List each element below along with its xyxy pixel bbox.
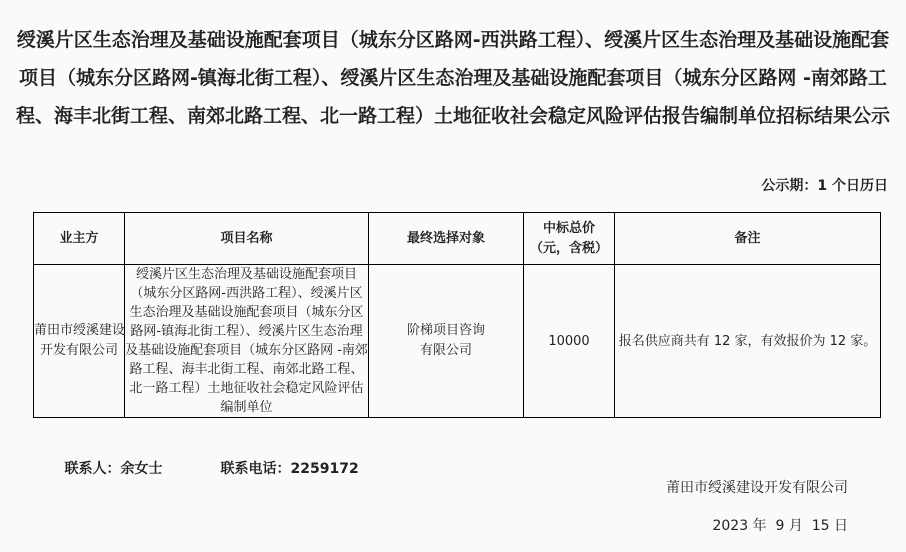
bid-result-table: 业主方 项目名称 最终选择对象 中标总价 （元，含税） 备注 莆田市绶溪建设 开…: [33, 212, 881, 418]
contact-line: 联系人：余女士联系电话：2259172: [45, 442, 359, 494]
notice-period-text: 公示期：1 个日历日: [761, 175, 888, 195]
column-header-price: 中标总价 （元，含税）: [524, 213, 615, 265]
column-header-project: 项目名称: [125, 213, 369, 265]
announcement-page: 绶溪片区生态治理及基础设施配套项目（城东分区路网-西洪路工程）、绶溪片区生态治理…: [0, 0, 906, 552]
table-header-row: 业主方 项目名称 最终选择对象 中标总价 （元，含税） 备注: [34, 213, 881, 265]
winner-cell: 阶梯项目咨询 有限公司: [369, 265, 524, 418]
remark-cell: 报名供应商共有 12 家，有效报价为 12 家。: [615, 265, 881, 418]
table-row: 莆田市绶溪建设 开发有限公司 绶溪片区生态治理及基础设施配套项目（城东分区路网-…: [34, 265, 881, 418]
contact-person: 联系人：余女士: [65, 461, 163, 477]
signature-company: 莆田市绶溪建设开发有限公司: [666, 477, 848, 497]
signature-date: 2023 年 9 月 15 日: [712, 515, 848, 535]
owner-cell: 莆田市绶溪建设 开发有限公司: [34, 265, 125, 418]
column-header-winner: 最终选择对象: [369, 213, 524, 265]
column-header-remark: 备注: [615, 213, 881, 265]
price-cell: 10000: [524, 265, 615, 418]
page-title: 绶溪片区生态治理及基础设施配套项目（城东分区路网-西洪路工程）、绶溪片区生态治理…: [10, 21, 896, 135]
contact-phone: 联系电话：2259172: [221, 461, 359, 477]
column-header-owner: 业主方: [34, 213, 125, 265]
project-name-cell: 绶溪片区生态治理及基础设施配套项目（城东分区路网-西洪路工程）、绶溪片区生态治理…: [125, 265, 369, 418]
